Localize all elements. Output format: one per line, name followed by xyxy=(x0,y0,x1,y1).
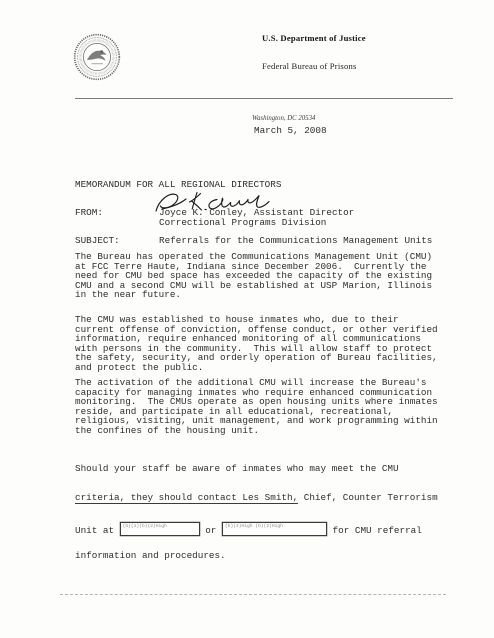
department-title: U.S. Department of Justice xyxy=(262,33,366,43)
from-division: Correctional Programs Division xyxy=(159,218,326,228)
subject-label: SUBJECT: xyxy=(75,236,120,246)
from-label: FROM: xyxy=(75,208,103,218)
redaction-box-1: (b)(1)(b)(2)High xyxy=(120,522,200,536)
paragraph-4-line-2-rest: Chief, Counter Terrorism xyxy=(298,492,437,503)
paragraph-4-line-3-pre: Unit at xyxy=(75,525,120,536)
body-paragraph-3: The activation of the additional CMU wil… xyxy=(75,378,447,436)
scan-artifact-line xyxy=(60,594,446,595)
paragraph-4-line-3: Unit at (b)(1)(b)(2)High or (b)(2)High (… xyxy=(75,522,447,532)
paragraph-4-line-3-mid: or xyxy=(200,525,222,536)
body-paragraph-1: The Bureau has operated the Communicatio… xyxy=(75,252,447,300)
paragraph-4-line-2: criteria, they should contact Les Smith,… xyxy=(75,493,447,503)
bureau-title: Federal Bureau of Prisons xyxy=(262,61,357,71)
memo-page: U.S. Department of Justice Federal Burea… xyxy=(0,0,494,638)
body-paragraph-4: Should your staff be aware of inmates wh… xyxy=(75,445,447,579)
paragraph-4-line-1: Should your staff be aware of inmates wh… xyxy=(75,464,447,474)
paragraph-4-line-4: information and procedures. xyxy=(75,551,447,561)
subject-value: Referrals for the Communications Managem… xyxy=(159,236,432,246)
header-rule xyxy=(75,98,453,99)
redaction-box-2: (b)(2)High (b)(2)High xyxy=(222,522,327,536)
doj-seal-icon xyxy=(73,33,121,81)
dateline-location: Washington, DC 20534 xyxy=(252,115,315,122)
underlined-contact-phrase: criteria, they should contact Les Smith, xyxy=(75,492,298,505)
paragraph-4-line-3-post: for CMU referral xyxy=(327,525,422,536)
body-paragraph-2: The CMU was established to house inmates… xyxy=(75,315,447,373)
dateline-date: March 5, 2008 xyxy=(254,126,327,136)
